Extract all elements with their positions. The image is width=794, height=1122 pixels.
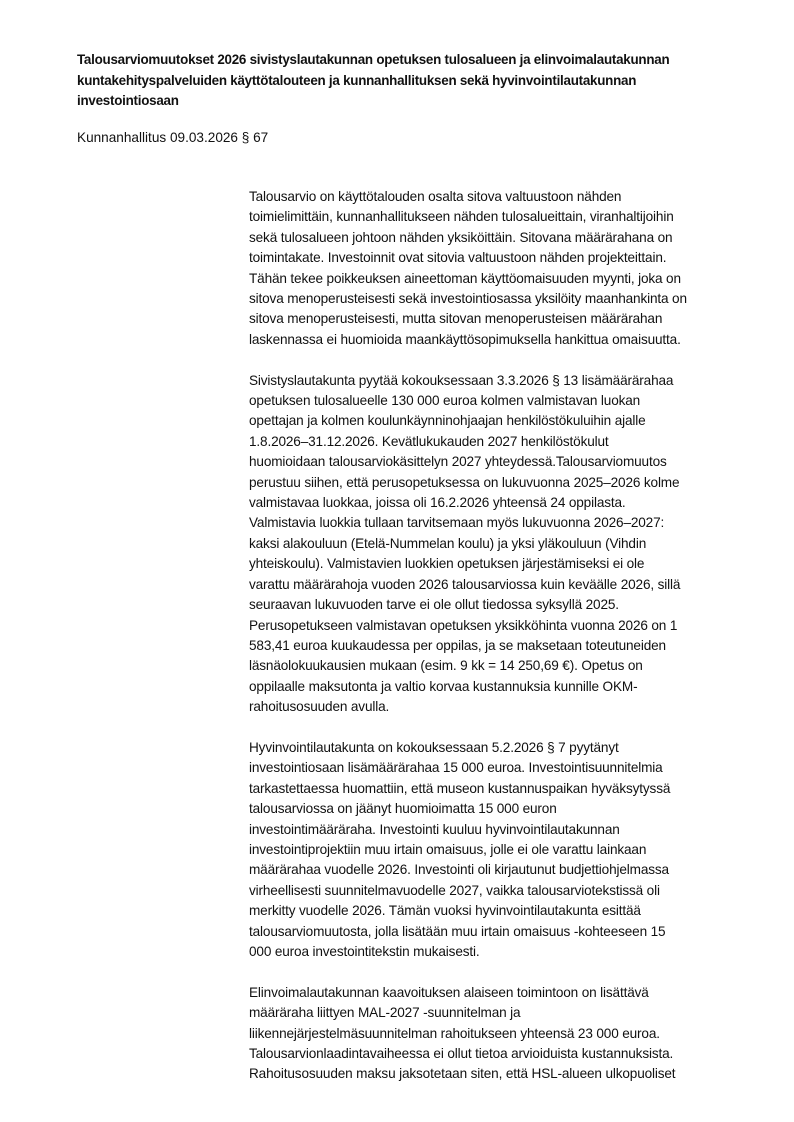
paragraph-line: liikennejärjestelmäsuunnitelman rahoituk…: [249, 1024, 769, 1044]
paragraph-line: sitova menoperusteisesti sekä investoint…: [249, 289, 769, 309]
meeting-reference: Kunnanhallitus 09.03.2026 § 67: [77, 128, 268, 148]
paragraph-line: Elinvoimalautakunnan kaavoituksen alaise…: [249, 983, 769, 1003]
paragraph-line: investointiosaan lisämäärärahaa 15 000 e…: [249, 758, 769, 778]
paragraph-line: määrärahaa vuodelle 2026. Investointi ol…: [249, 860, 769, 880]
paragraph-line: toimielimittäin, kunnanhallitukseen nähd…: [249, 207, 769, 227]
title-line: investointiosaan: [77, 91, 737, 112]
paragraph-line: tarkastettaessa huomattiin, että museon …: [249, 779, 769, 799]
paragraph-line: 583,41 euroa kuukaudessa per oppilas, ja…: [249, 636, 769, 656]
body-paragraph: Sivistyslautakunta pyytää kokouksessaan …: [249, 371, 769, 718]
paragraph-line: 1.8.2026–31.12.2026. Kevätlukukauden 202…: [249, 432, 769, 452]
paragraph-line: rahoitusosuuden avulla.: [249, 697, 769, 717]
body-paragraph: Elinvoimalautakunnan kaavoituksen alaise…: [249, 983, 769, 1085]
document-body: Talousarvio on käyttötalouden osalta sit…: [249, 187, 769, 1105]
paragraph-line: opettajan ja kolmen koulunkäynninohjaaja…: [249, 411, 769, 431]
paragraph-line: merkitty vuodelle 2026. Tämän vuoksi hyv…: [249, 901, 769, 921]
body-paragraph: Talousarvio on käyttötalouden osalta sit…: [249, 187, 769, 350]
paragraph-line: seuraavan lukuvuoden tarve ei ole ollut …: [249, 595, 769, 615]
paragraph-line: investointiprojektiin muu irtain omaisuu…: [249, 840, 769, 860]
title-line: Talousarviomuutokset 2026 sivistyslautak…: [77, 50, 737, 71]
paragraph-line: Hyvinvointilautakunta on kokouksessaan 5…: [249, 738, 769, 758]
paragraph-line: valmistavaa luokkaa, joissa oli 16.2.202…: [249, 493, 769, 513]
paragraph-line: Rahoitusosuuden maksu jaksotetaan siten,…: [249, 1064, 769, 1084]
paragraph-line: virheellisesti suunnitelmavuodelle 2027,…: [249, 881, 769, 901]
title-line: kuntakehityspalveluiden käyttötalouteen …: [77, 71, 737, 92]
paragraph-line: läsnäolokuukausien mukaan (esim. 9 kk = …: [249, 656, 769, 676]
paragraph-line: sekä tulosalueen johtoon nähden yksiköit…: [249, 228, 769, 248]
paragraph-line: Tähän tekee poikkeuksen aineettoman käyt…: [249, 269, 769, 289]
paragraph-line: määräraha liittyen MAL-2027 -suunnitelma…: [249, 1003, 769, 1023]
paragraph-line: laskennassa ei huomioida maankäyttösopim…: [249, 330, 769, 350]
paragraph-line: Valmistavia luokkia tullaan tarvitsemaan…: [249, 513, 769, 533]
paragraph-line: varattu määrärahoja vuoden 2026 talousar…: [249, 575, 769, 595]
paragraph-line: sitova menoperusteisesti, mutta sitovan …: [249, 309, 769, 329]
paragraph-line: perustuu siihen, että perusopetuksessa o…: [249, 473, 769, 493]
body-paragraph: Hyvinvointilautakunta on kokouksessaan 5…: [249, 738, 769, 962]
paragraph-line: toimintakate. Investoinnit ovat sitovia …: [249, 248, 769, 268]
paragraph-line: 000 euroa investointitekstin mukaisesti.: [249, 942, 769, 962]
paragraph-line: talousarviomuutosta, jolla lisätään muu …: [249, 922, 769, 942]
paragraph-line: investointimääräraha. Investointi kuuluu…: [249, 820, 769, 840]
paragraph-line: Perusopetukseen valmistavan opetuksen yk…: [249, 616, 769, 636]
paragraph-line: opetuksen tulosalueelle 130 000 euroa ko…: [249, 391, 769, 411]
paragraph-line: Talousarvionlaadintavaiheessa ei ollut t…: [249, 1044, 769, 1064]
paragraph-line: Talousarvio on käyttötalouden osalta sit…: [249, 187, 769, 207]
paragraph-line: huomioidaan talousarviokäsittelyn 2027 y…: [249, 452, 769, 472]
paragraph-line: kaksi alakouluun (Etelä-Nummelan koulu) …: [249, 534, 769, 554]
paragraph-line: oppilaalle maksutonta ja valtio korvaa k…: [249, 677, 769, 697]
paragraph-line: Sivistyslautakunta pyytää kokouksessaan …: [249, 371, 769, 391]
paragraph-line: talousarviossa on jäänyt huomioimatta 15…: [249, 799, 769, 819]
paragraph-line: yhteiskoulu). Valmistavien luokkien opet…: [249, 554, 769, 574]
document-title: Talousarviomuutokset 2026 sivistyslautak…: [77, 50, 737, 112]
